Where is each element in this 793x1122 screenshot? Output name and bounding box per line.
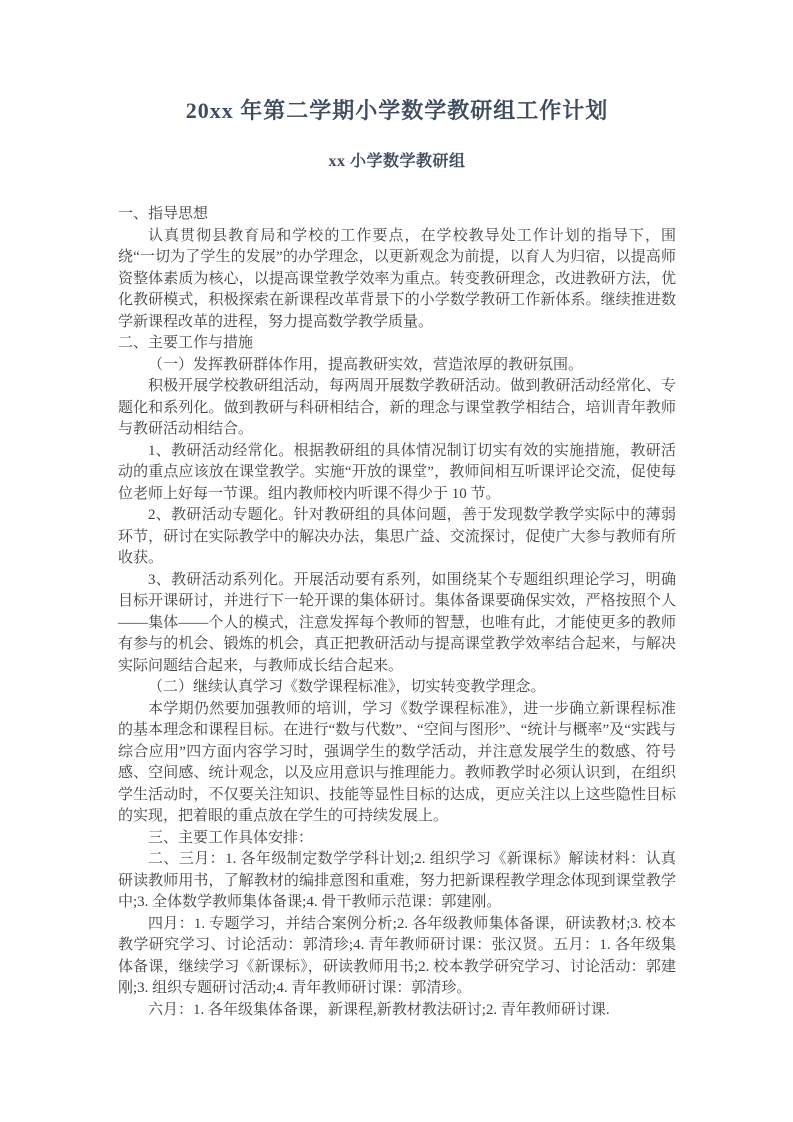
paragraph: 四月：1. 专题学习，并结合案例分析;2. 各年级教师集体备课，研读教材;3. … — [118, 914, 676, 1000]
paragraph: 一、指导思想 — [118, 204, 676, 226]
paragraph: 2、教研活动专题化。针对教研组的具体问题，善于发现数学教学实际中的薄弱环节，研讨… — [118, 505, 676, 570]
paragraph: （一）发挥教研群体作用，提高教研实效，营造浓厚的教研氛围。 — [118, 355, 676, 377]
paragraph: 积极开展学校教研组活动，每两周开展数学教研活动。做到教研活动经常化、专题化和系列… — [118, 376, 676, 441]
paragraph: 1、教研活动经常化。根据教研组的具体情况制订切实有效的实施措施，教研活动的重点应… — [118, 441, 676, 506]
paragraph: 二、主要工作与措施 — [118, 333, 676, 355]
document-page: 20xx 年第二学期小学数学教研组工作计划 xx 小学数学教研组 一、指导思想认… — [0, 0, 793, 1122]
document-body: 一、指导思想认真贯彻县教育局和学校的工作要点，在学校教导处工作计划的指导下，围绕… — [118, 204, 676, 1021]
paragraph: 六月：1. 各年级集体备课，新课程,新教材教法研讨;2. 青年教师研讨课. — [118, 1000, 676, 1022]
paragraph: 3、教研活动系列化。开展活动要有系列，如围绕某个专题组织理论学习，明确目标开课研… — [118, 570, 676, 678]
paragraph: 三、主要工作具体安排： — [118, 828, 676, 850]
document-subtitle: xx 小学数学教研组 — [118, 151, 676, 172]
document-content: 20xx 年第二学期小学数学教研组工作计划 xx 小学数学教研组 一、指导思想认… — [0, 0, 793, 1021]
document-title: 20xx 年第二学期小学数学教研组工作计划 — [118, 96, 676, 125]
paragraph: 本学期仍然要加强教师的培训，学习《数学课程标准》，进一步确立新课程标准的基本理念… — [118, 699, 676, 828]
paragraph: 认真贯彻县教育局和学校的工作要点，在学校教导处工作计划的指导下，围绕“一切为了学… — [118, 226, 676, 334]
paragraph: （二）继续认真学习《数学课程标准》，切实转变教学理念。 — [118, 677, 676, 699]
paragraph: 二、三月：1. 各年级制定数学学科计划;2. 组织学习《新课标》解读材料：认真研… — [118, 849, 676, 914]
